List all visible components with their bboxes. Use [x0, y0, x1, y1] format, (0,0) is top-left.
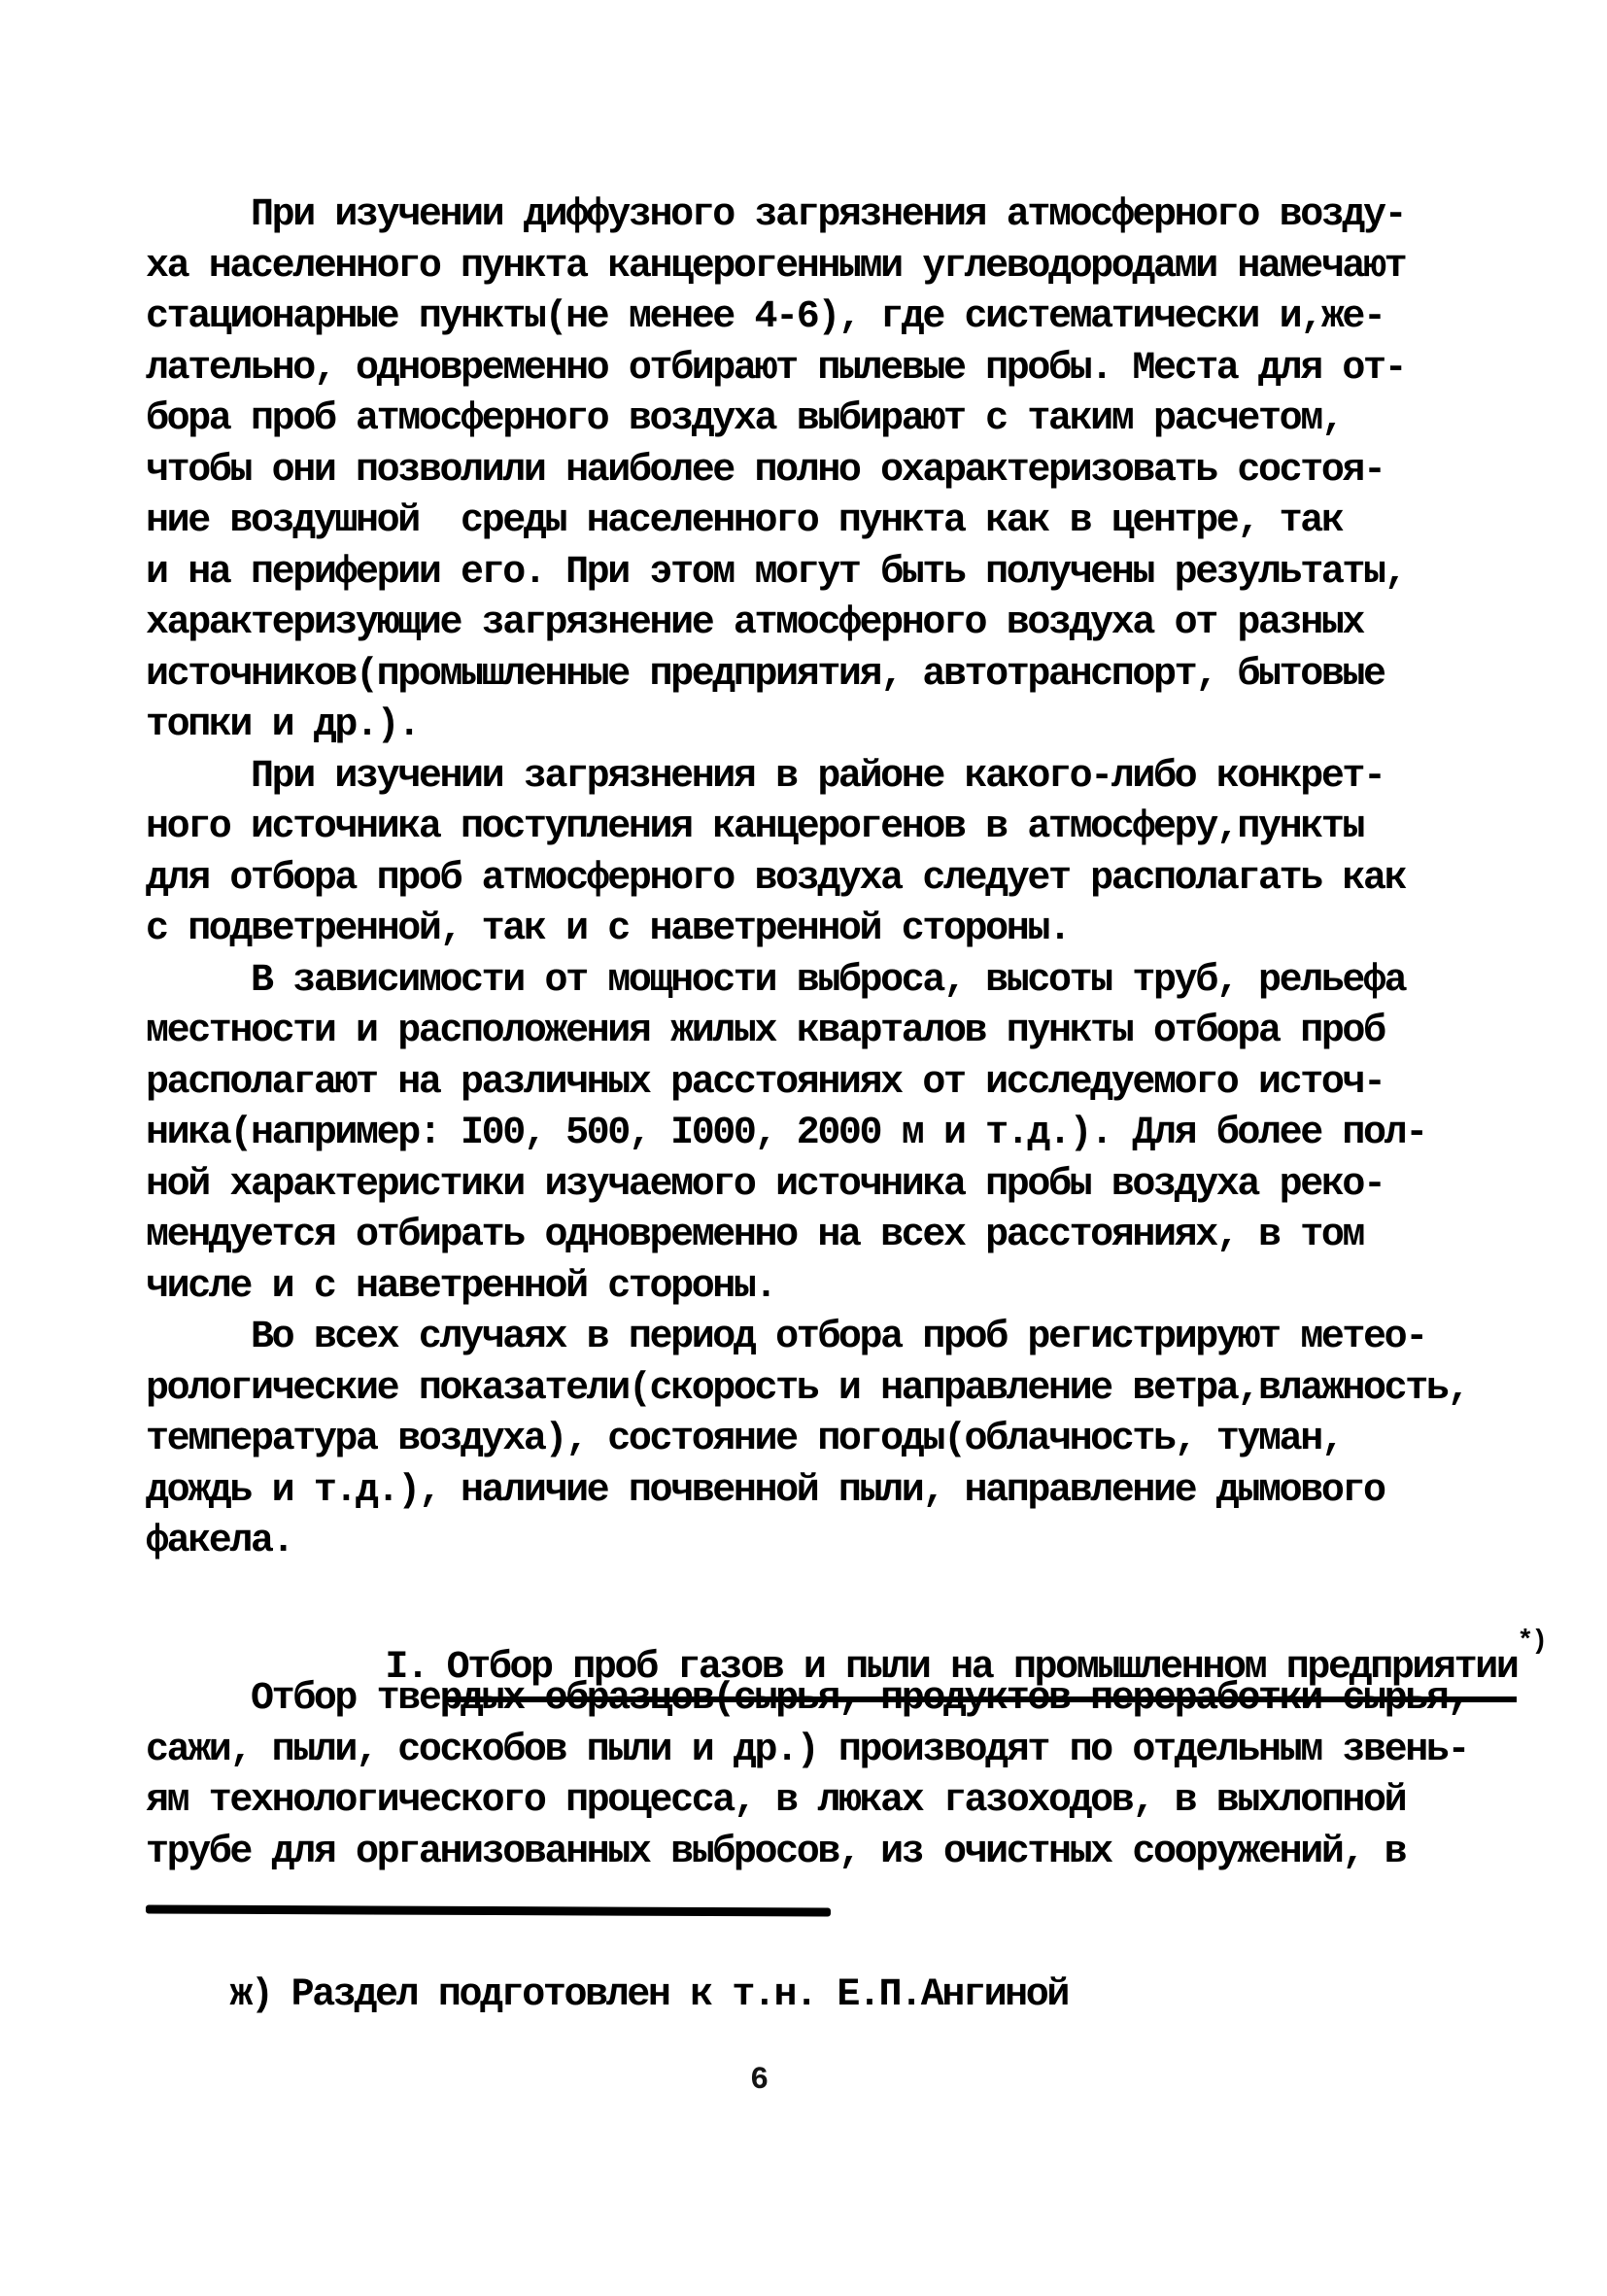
footnote-text: Раздел подготовлен к т.н. Е.П.Ангиной [291, 1973, 1068, 2017]
text-line: стационарные пункты(не менее 4-6), где с… [146, 292, 1468, 344]
text-line: ника(например: I00, 500, I000, 2000 м и … [146, 1109, 1468, 1160]
text-line: ха населенного пункта канцерогенными угл… [146, 242, 1468, 293]
text-line: местности и расположения жилых кварталов… [146, 1007, 1468, 1058]
text-line: бора проб атмосферного воздуха выбирают … [146, 394, 1468, 446]
text-line: сажи, пыли, соскобов пыли и др.) произво… [146, 1726, 1468, 1777]
text-line: температура воздуха), состояние погоды(о… [146, 1415, 1468, 1466]
page-number: 6 [750, 2062, 769, 2098]
footnote-reference-mark: *) [1517, 1627, 1546, 1657]
text-line: В зависимости от мощности выброса, высот… [146, 956, 1468, 1008]
text-line: лательно, одновременно отбирают пылевые … [146, 344, 1468, 395]
text-line: мендуется отбирать одновременно на всех … [146, 1211, 1468, 1262]
text-line: ние воздушной среды населенного пункта к… [146, 497, 1468, 548]
text-line: ного источника поступления канцерогенов … [146, 803, 1468, 854]
text-line: с подветренной, так и с наветренной стор… [146, 905, 1468, 956]
text-line: источников(промышленные предприятия, авт… [146, 650, 1468, 702]
text-line: для отбора проб атмосферного воздуха сле… [146, 854, 1468, 906]
text-line: числе и с наветренной стороны. [146, 1262, 1468, 1314]
text-line: ям технологического процесса, в люках га… [146, 1776, 1468, 1828]
text-line: и на периферии его. При этом могут быть … [146, 548, 1468, 600]
text-line: топки и др.). [146, 701, 1468, 752]
footnote-marker: ж) [229, 1973, 271, 2017]
text-line: факела. [146, 1517, 1468, 1568]
text-line: чтобы они позволили наиболее полно охара… [146, 446, 1468, 497]
text-line: рологические показатели(скорость и напра… [146, 1364, 1468, 1416]
text-line: Отбор твердых образцов(сырья, продуктов … [146, 1674, 1468, 1726]
text-line: ной характеристики изучаемого источника … [146, 1160, 1468, 1212]
text-line: дождь и т.д.), наличие почвенной пыли, н… [146, 1466, 1468, 1518]
text-line: располагают на различных расстояниях от … [146, 1058, 1468, 1110]
text-line: характеризующие загрязнение атмосферного… [146, 599, 1468, 650]
section-text-block: Отбор твердых образцов(сырья, продуктов … [146, 1674, 1468, 1878]
main-text-block: При изучении диффузного загрязнения атмо… [146, 190, 1468, 1568]
text-line: трубе для организованных выбросов, из оч… [146, 1828, 1468, 1879]
text-line: При изучении загрязнения в районе какого… [146, 752, 1468, 804]
document-page: При изучении диффузного загрязнения атмо… [0, 0, 1607, 2296]
footnote-divider-rule [146, 1904, 831, 1916]
footnote: ж)Раздел подготовлен к т.н. Е.П.Ангиной [146, 1920, 1068, 2072]
text-line: Во всех случаях в период отбора проб рег… [146, 1313, 1468, 1364]
text-line: При изучении диффузного загрязнения атмо… [146, 190, 1468, 242]
